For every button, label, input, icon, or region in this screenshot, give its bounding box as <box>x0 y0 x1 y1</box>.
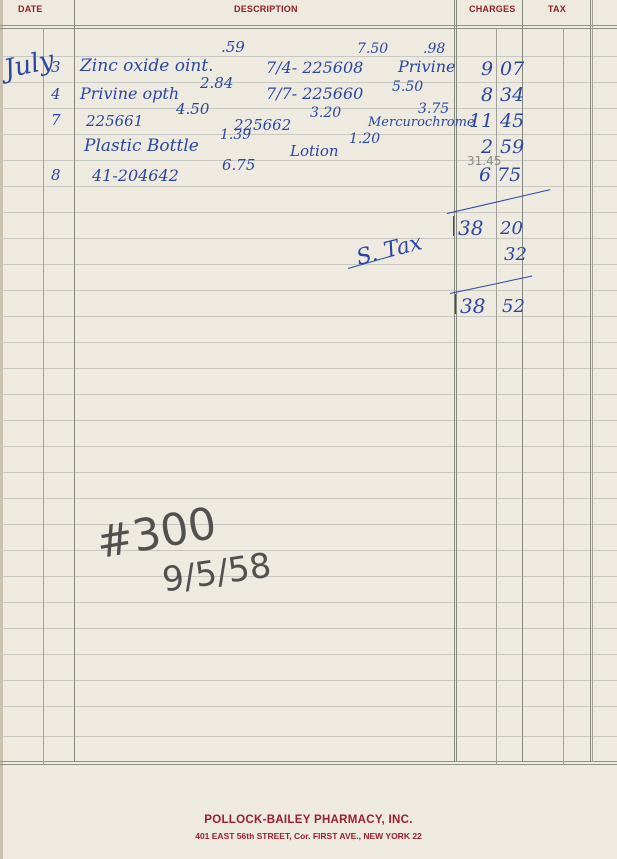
page-edge <box>0 0 3 859</box>
charge-cents: 07 <box>500 60 524 79</box>
charge-dollars: 11 <box>469 112 493 131</box>
date-column-header: DATE <box>18 4 43 14</box>
entry-price: 2.84 <box>200 76 233 91</box>
bottom-rule <box>0 764 617 765</box>
entry-extra-price: .98 <box>423 42 445 56</box>
total-cents: 52 <box>502 298 525 316</box>
total-bracket <box>453 216 454 236</box>
tax-amount: 32 <box>504 246 527 264</box>
total-bracket <box>455 294 456 314</box>
entry-ref: 7/4- 225608 <box>266 60 363 76</box>
entry-description: Plastic Bottle <box>84 138 199 155</box>
entry-ref: 7/7- 225660 <box>266 86 363 102</box>
subtotal-dollars: 38 <box>458 218 483 238</box>
charge-dollars: 9 <box>481 60 493 79</box>
entry-ref-price: 5.50 <box>392 80 423 94</box>
charge-dollars: 6 <box>479 166 491 185</box>
entry-ref-price: 1.20 <box>349 132 380 146</box>
entry-day: 7 <box>51 113 61 128</box>
entry-day: 8 <box>51 168 61 183</box>
total-dollars: 38 <box>460 296 485 316</box>
entry-price: 4.50 <box>176 102 209 117</box>
total-underline <box>450 276 532 294</box>
pencil-date: 9/5/58 <box>160 549 273 598</box>
ledger-sheet: DATE DESCRIPTION CHARGES TAX <box>0 0 617 859</box>
entry-description: Privine opth <box>80 86 179 102</box>
charges-column-header: CHARGES <box>469 4 515 14</box>
charge-dollars: 8 <box>481 86 493 105</box>
tax-column-header: TAX <box>548 4 566 14</box>
entry-description: 225661 <box>86 114 143 129</box>
entry-price: .59 <box>221 40 245 55</box>
charge-cents: 34 <box>500 86 524 105</box>
entry-extra-price: 3.75 <box>418 102 449 116</box>
charge-cents: 59 <box>500 138 524 157</box>
charge-cents: 75 <box>497 166 521 185</box>
header-rule <box>0 28 617 29</box>
company-name: POLLOCK-BAILEY PHARMACY, INC. <box>0 814 617 826</box>
entry-ref-price: 7.50 <box>357 42 388 56</box>
entry-description: Zinc oxide oint. <box>80 58 214 75</box>
entry-extra: Privine <box>398 59 455 75</box>
header-rule <box>0 25 617 26</box>
entry-description: 41-204642 <box>92 168 179 184</box>
bottom-rule <box>0 761 617 762</box>
total-underline <box>447 189 551 214</box>
entry-ref: Lotion <box>290 144 339 159</box>
entry-price: 1.39 <box>220 128 251 142</box>
subtotal-cents: 20 <box>500 220 523 238</box>
description-column-header: DESCRIPTION <box>234 4 298 14</box>
entry-day: 3 <box>51 60 61 75</box>
entry-extra: Mercurochrome <box>368 116 475 129</box>
charge-cents: 45 <box>500 112 524 131</box>
entry-ref-price: 3.20 <box>310 106 341 120</box>
company-address: 401 EAST 56th STREET, Cor. FIRST AVE., N… <box>0 831 617 841</box>
entry-day: 4 <box>51 87 61 102</box>
month-label: July <box>2 47 56 83</box>
entry-price: 6.75 <box>222 158 255 173</box>
